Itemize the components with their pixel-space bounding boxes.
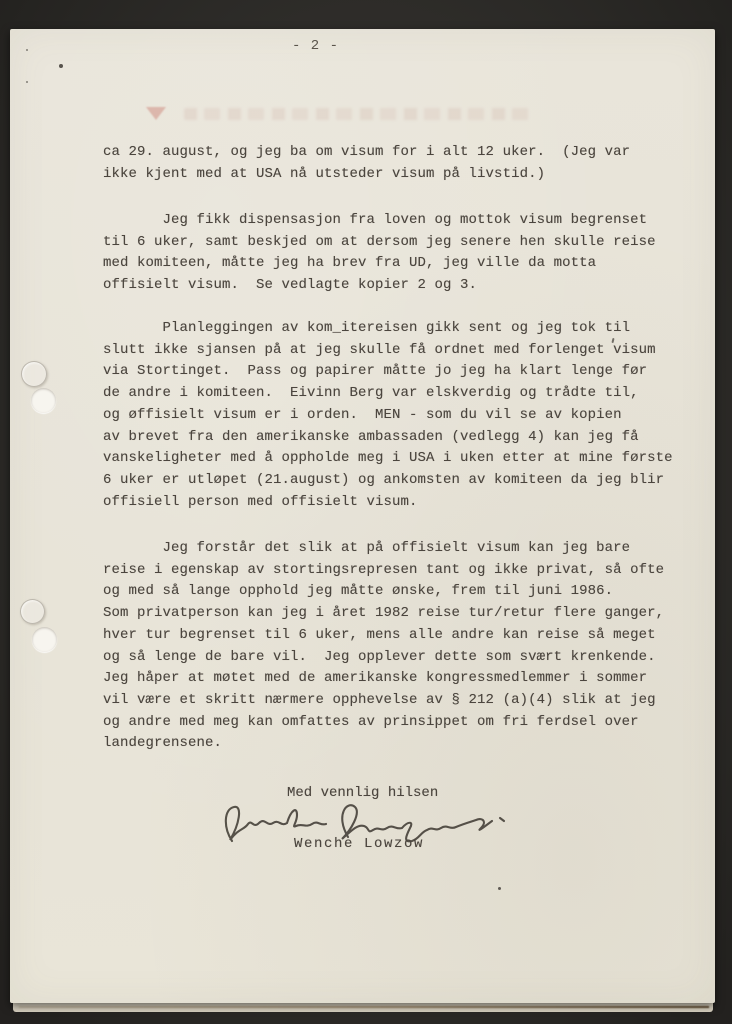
faded-letterhead-stamp (140, 105, 560, 125)
punch-hole-imprint (20, 599, 45, 624)
punch-hole-imprint (21, 361, 47, 387)
punch-hole (32, 627, 57, 652)
paragraph: Planleggingen av kom_itereisen gikk sent… (103, 318, 673, 513)
faded-letterhead-text (184, 108, 534, 120)
ink-speck (59, 64, 63, 68)
document-page: - 2 - ca 29. august, og jeg ba om visum … (10, 29, 715, 1003)
punch-hole (31, 388, 56, 413)
signature-typed-name: Wenche Lowzow (294, 836, 424, 852)
paragraph: Jeg fikk dispensasjon fra loven og motto… (103, 210, 656, 297)
ink-speck (26, 81, 28, 83)
photo-background: - 2 - ca 29. august, og jeg ba om visum … (0, 0, 732, 1024)
paragraph-continuation: ca 29. august, og jeg ba om visum for i … (103, 142, 630, 185)
ink-speck (498, 887, 501, 890)
paragraph: Jeg forstår det slik at på offisielt vis… (103, 538, 664, 755)
sheet-edge-line (19, 1006, 709, 1008)
ink-speck (26, 49, 28, 51)
letterhead-logo-icon (146, 107, 166, 120)
page-number: - 2 - (292, 38, 339, 54)
